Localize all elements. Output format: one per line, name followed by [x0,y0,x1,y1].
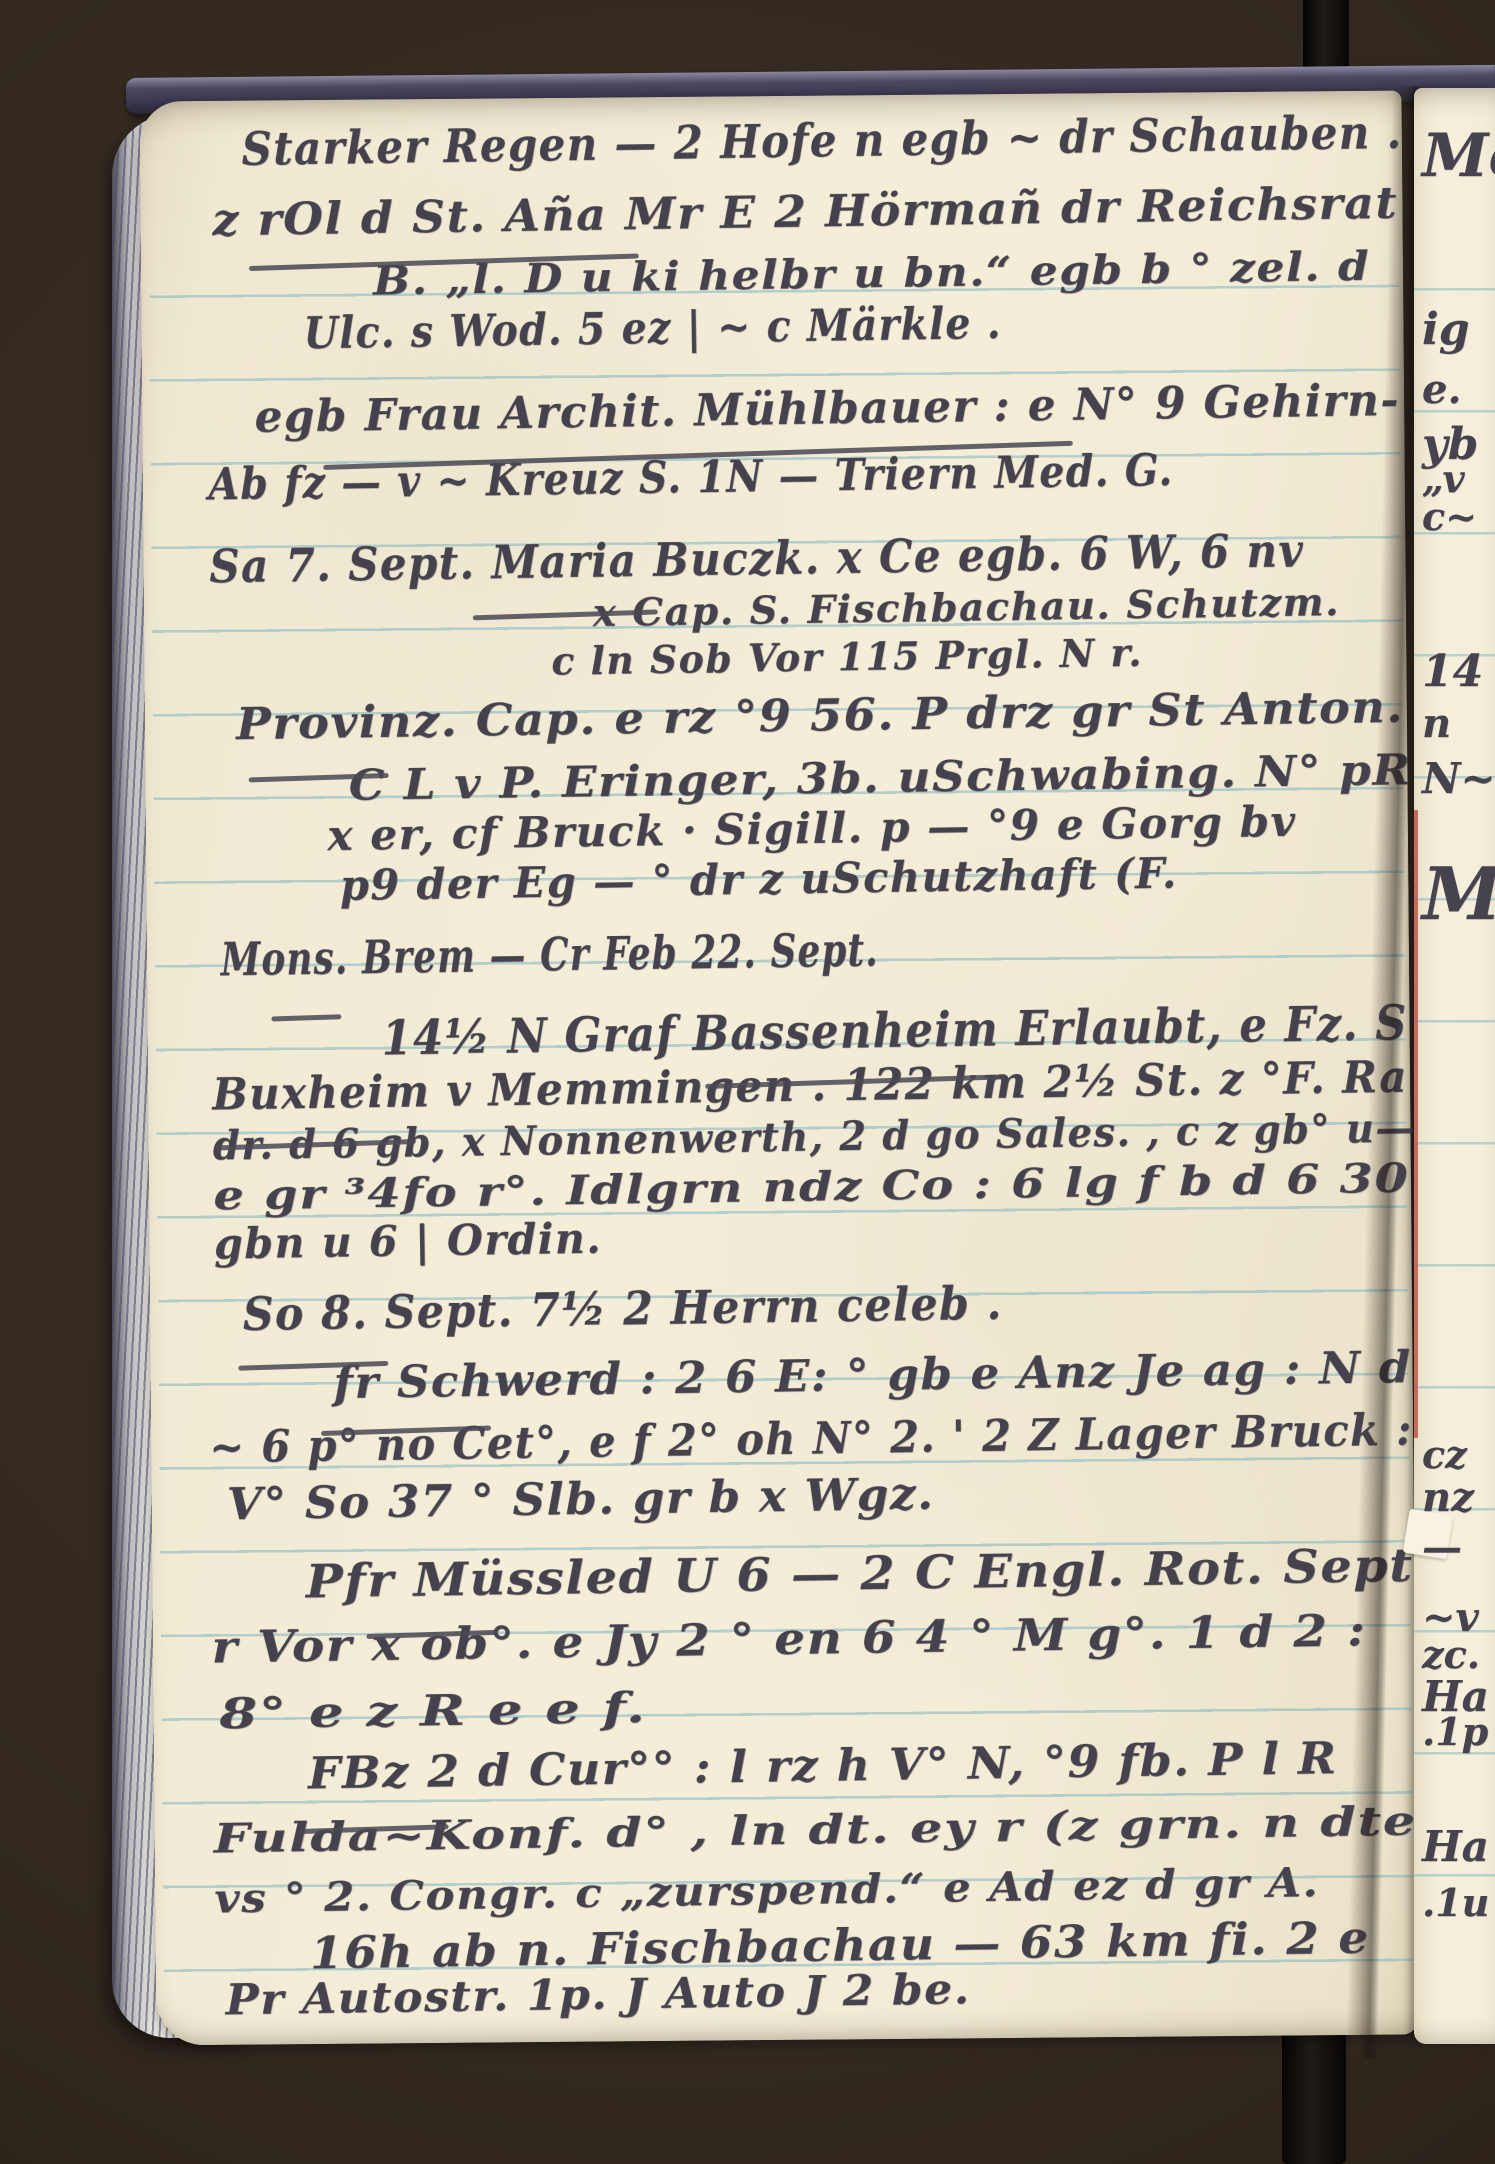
ink-underline [366,1630,496,1639]
ink-underline [238,1361,388,1370]
ink-underline [249,773,389,782]
manuscript-fragment: — [1422,1528,1462,1568]
manuscript-fragment: 14 [1422,650,1483,694]
ink-underline [299,1824,449,1833]
ink-underline [271,1014,341,1021]
ink-underline-layer [137,89,1421,2047]
ink-underline [705,1074,1005,1088]
manuscript-fragment: M [1422,858,1495,930]
manuscript-fragment: n [1422,704,1451,744]
manuscript-fragment: Ha [1422,1826,1489,1868]
manuscript-fragment: e. [1422,370,1461,410]
manuscript-fragment: zc. [1422,1636,1480,1674]
manuscript-fragment: .1p [1422,1713,1488,1751]
ink-underline [249,253,639,270]
manuscript-fragment: cz [1422,1436,1467,1474]
manuscript-fragment: „v [1422,460,1465,498]
manuscript-fragment: ig [1422,308,1469,352]
diary-photo: Starker Regen — 2 Hofe n egb ~ dr Schaub… [0,0,1495,2164]
manuscript-fragment: N~ [1422,758,1495,800]
manuscript-fragment: c~ [1422,498,1477,536]
red-margin-line [1414,810,1418,1438]
ink-underline [216,1139,416,1150]
ink-underline [473,609,658,619]
ink-underline [321,1426,491,1436]
manuscript-fragment: nz [1422,1478,1474,1518]
manuscript-fragment: .1u [1422,1884,1489,1922]
manuscript-fragment: Mo [1422,126,1495,186]
ink-underline [323,441,1073,470]
left-page: Starker Regen — 2 Hofe n egb ~ dr Schaub… [140,91,1419,2046]
bookmark-ribbon-bottom [1282,2024,1346,2164]
right-page-sliver: Moige.yb„vc~14nN~Mcznz—~vzc.Ha.1pHa.1u [1414,88,1495,2044]
